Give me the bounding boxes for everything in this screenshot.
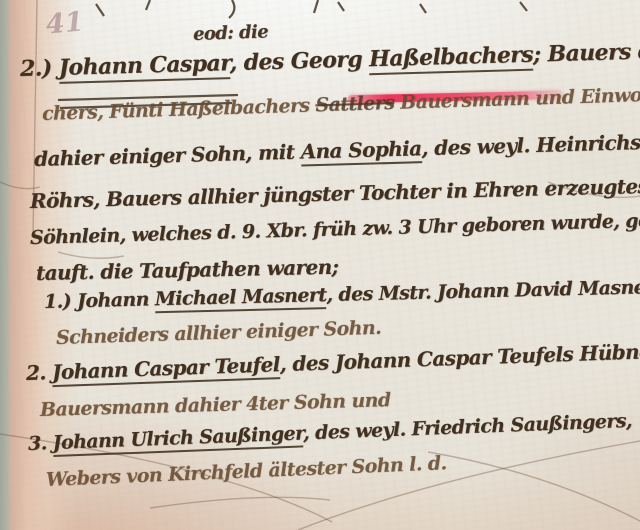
struck-text: Sattlers [315, 92, 394, 116]
line-text: chers, Fünti Haßelbachers [42, 94, 316, 125]
underlined-name: Johann Caspar [58, 50, 230, 84]
line-text: , des weyl. Friedrich Saußingers, [303, 410, 633, 445]
line-text: Schneiders allhier einiger Sohn. [56, 317, 382, 349]
line-text: dahier einiger Sohn, mit [34, 140, 301, 171]
manuscript-line: Söhnlein, welches d. 9. Xbr. früh zw. 3 … [30, 209, 640, 248]
manuscript-line: chers, Fünti Haßelbachers Sattlers Bauer… [42, 82, 640, 125]
line-text: 2. [26, 360, 53, 385]
line-text: ; Bauers da- [533, 38, 640, 68]
underlined-name: Haßelbachers [369, 42, 534, 76]
line-text: Bauersmann dahier 4ter Sohn und [40, 389, 391, 421]
manuscript-line: dahier einiger Sohn, mit Ana Sophia, des… [34, 130, 640, 171]
line-text: Webers von Kirchfeld ältester Sohn l. d. [46, 452, 447, 491]
line-text: 2.) [20, 55, 59, 82]
line-text: , des weyl. Heinrichs [421, 130, 640, 160]
faded-margin-numeral: 41 [45, 6, 85, 40]
manuscript-line: Röhrs, Bauers allhier jüngster Tochter i… [30, 174, 640, 213]
line-text: Bauersmann und Einwohners [394, 82, 640, 114]
underlined-name: Michael Masnert [155, 284, 327, 313]
line-text: Röhrs, Bauers allhier jüngster Tochter i… [30, 174, 640, 213]
line-text: tauft. die Taufpathen waren; [36, 255, 339, 285]
manuscript-line: Schneiders allhier einiger Sohn. [56, 317, 382, 349]
line-text: , des Georg [229, 46, 369, 76]
line-text: , des Mstr. Johann David Masnerts, [326, 275, 640, 306]
interlinear-note: eod: die [193, 21, 269, 45]
manuscript-line: tauft. die Taufpathen waren; [36, 255, 339, 285]
line-text: , des Johann Caspar Teufels Hübners [279, 338, 640, 376]
underlined-name: Johann Ulrich Saußinger [52, 422, 303, 457]
manuscript-line: 2.) Johann Caspar, des Georg Haßelbacher… [20, 38, 640, 82]
underlined-name: Johann Caspar Teufel [52, 352, 281, 387]
line-text: Söhnlein, welches d. 9. Xbr. früh zw. 3 … [30, 209, 640, 248]
underlined-name: Ana Sophia [300, 136, 422, 166]
line-text: 1.) Johann [44, 288, 155, 313]
manuscript-line: Bauersmann dahier 4ter Sohn und [40, 389, 391, 421]
manuscript-page: 41 eod: die 2.) Johann Caspar, des Georg… [0, 0, 640, 530]
manuscript-line: Webers von Kirchfeld ältester Sohn l. d. [46, 452, 447, 491]
line-text: 3. [28, 432, 53, 455]
